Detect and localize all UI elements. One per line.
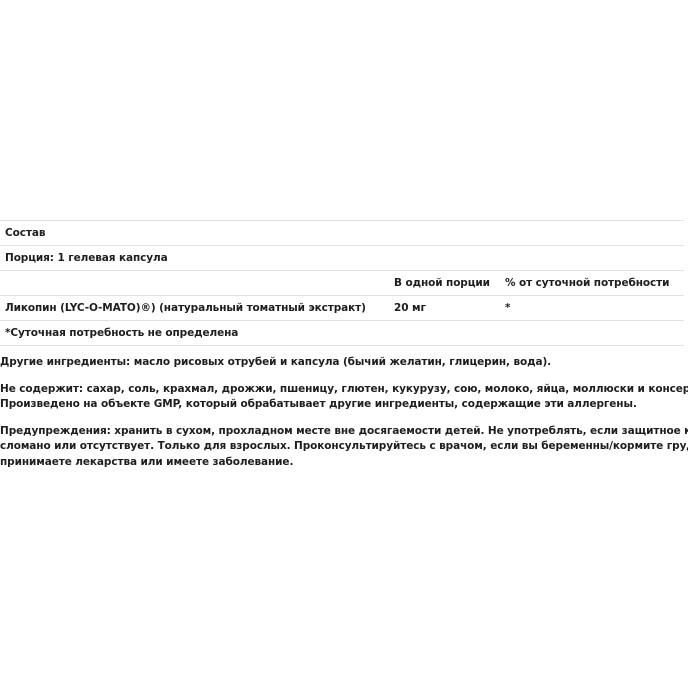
table-header-row: В одной порции % от суточной потребности — [0, 270, 684, 295]
allergen-line: Произведено на объекте GMP, который обра… — [0, 397, 684, 413]
column-header-daily-value: % от суточной потребности — [505, 271, 669, 295]
table-title-row: Состав — [0, 220, 684, 245]
ingredient-daily-value: * — [505, 296, 510, 320]
column-header-amount: В одной порции — [394, 271, 490, 295]
ingredient-amount: 20 мг — [394, 296, 426, 320]
warning-line: сломано или отсутствует. Только для взро… — [0, 439, 684, 455]
allergen-statement: Не содержит: сахар, соль, крахмал, дрожж… — [0, 382, 684, 413]
other-ingredients-text: Другие ингредиенты: масло рисовых отрубе… — [0, 355, 684, 371]
product-notes: Другие ингредиенты: масло рисовых отрубе… — [0, 355, 684, 481]
footnote-row: *Суточная потребность не определена — [0, 320, 684, 346]
serving-size-row: Порция: 1 гелевая капсула — [0, 245, 684, 270]
table-row: Ликопин (LYC-O-MATO)®) (натуральный тома… — [0, 295, 684, 320]
footnote: *Суточная потребность не определена — [5, 321, 238, 345]
table-title: Состав — [5, 221, 45, 245]
other-ingredients: Другие ингредиенты: масло рисовых отрубе… — [0, 355, 684, 371]
allergen-line: Не содержит: сахар, соль, крахмал, дрожж… — [0, 382, 684, 398]
ingredient-name: Ликопин (LYC-O-MATO)®) (натуральный тома… — [5, 296, 366, 320]
warning-line: принимаете лекарства или имеете заболева… — [0, 455, 684, 471]
supplement-facts-table: Состав Порция: 1 гелевая капсула В одной… — [0, 220, 684, 346]
serving-size: Порция: 1 гелевая капсула — [5, 246, 168, 270]
warning-line: Предупреждения: хранить в сухом, прохлад… — [0, 424, 684, 440]
warnings: Предупреждения: хранить в сухом, прохлад… — [0, 424, 684, 471]
